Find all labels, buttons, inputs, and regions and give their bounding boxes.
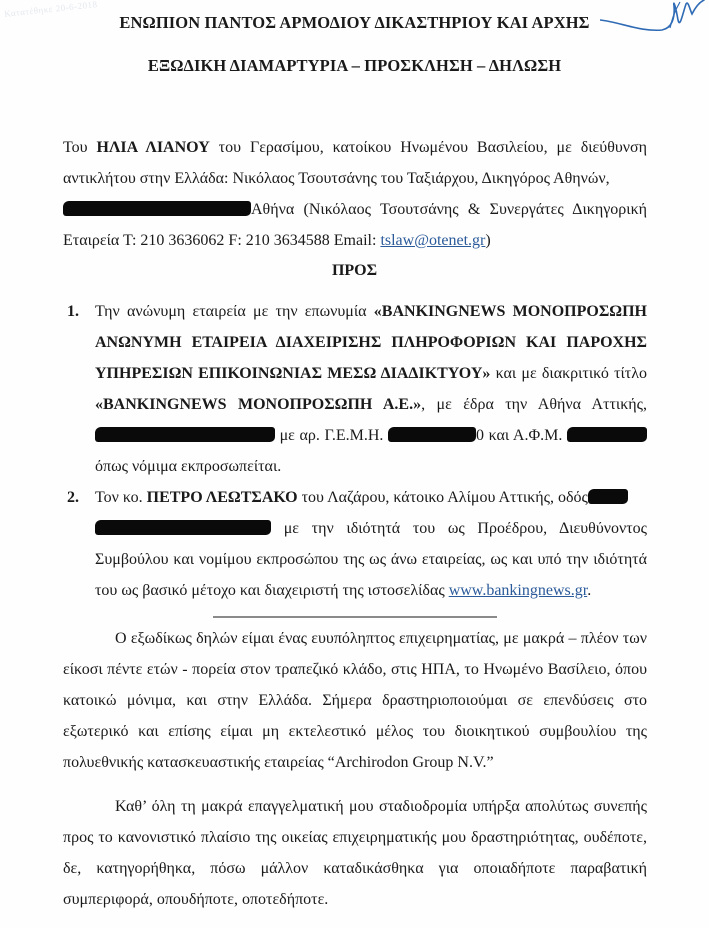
redacted-company-address [95, 427, 275, 442]
document-title: ΕΞΩΔΙΚΗ ΔΙΑΜΑΡΤΥΡΙΑ – ΠΡΟΣΚΛΗΣΗ – ΔΗΛΩΣΗ [0, 56, 709, 76]
email-link[interactable]: tslaw@otenet.gr [380, 232, 485, 249]
document-page: Κατατέθηκε 20-6-2018 ΕΝΩΠΙΟΝ ΠΑΝΤΟΣ ΑΡΜΟ… [0, 0, 709, 928]
redacted-afm [567, 427, 647, 442]
redacted-street [588, 489, 628, 504]
recipient-person-name: ΠΕΤΡΟ ΛΕΩΤΣΑΚΟ [147, 489, 298, 506]
sender-intro: Του ΗΛΙΑ ΛΙΑΝΟΥ του Γερασίμου, κατοίκου … [63, 132, 647, 256]
redacted-address [63, 201, 251, 216]
redacted-gemi-number [388, 427, 476, 442]
sender-name: ΗΛΙΑ ΛΙΑΝΟΥ [97, 139, 210, 156]
section-divider [213, 616, 497, 618]
declaration-body: Ο εξωδίκως δηλών είμαι ένας ευυπόληπτος … [63, 623, 647, 928]
body-paragraph: Ο εξωδίκως δηλών είμαι ένας ευυπόληπτος … [63, 623, 647, 778]
recipient-item: 1. Την ανώνυμη εταιρεία με την επωνυμία … [67, 296, 647, 482]
recipients-heading: ΠΡΟΣ [0, 262, 709, 280]
company-trade-name: «BANKINGNEWS ΜΟΝΟΠΡΟΣΩΠΗ Α.Ε.» [95, 396, 421, 413]
website-link[interactable]: www.bankingnews.gr [449, 582, 588, 599]
recipient-number: 1. [67, 296, 79, 327]
court-heading: ΕΝΩΠΙΟΝ ΠΑΝΤΟΣ ΑΡΜΟΔΙΟΥ ΔΙΚΑΣΤΗΡΙΟΥ ΚΑΙ … [0, 13, 709, 33]
recipients-list: 1. Την ανώνυμη εταιρεία με την επωνυμία … [67, 296, 647, 606]
body-paragraph: Καθ’ όλη τη μακρά επαγγελματική μου σταδ… [63, 791, 647, 915]
recipient-item: 2. Τον κο. ΠΕΤΡΟ ΛΕΩΤΣΑΚΟ του Λαζάρου, κ… [67, 482, 647, 606]
recipient-number: 2. [67, 482, 79, 513]
redacted-street-cont [95, 520, 271, 535]
